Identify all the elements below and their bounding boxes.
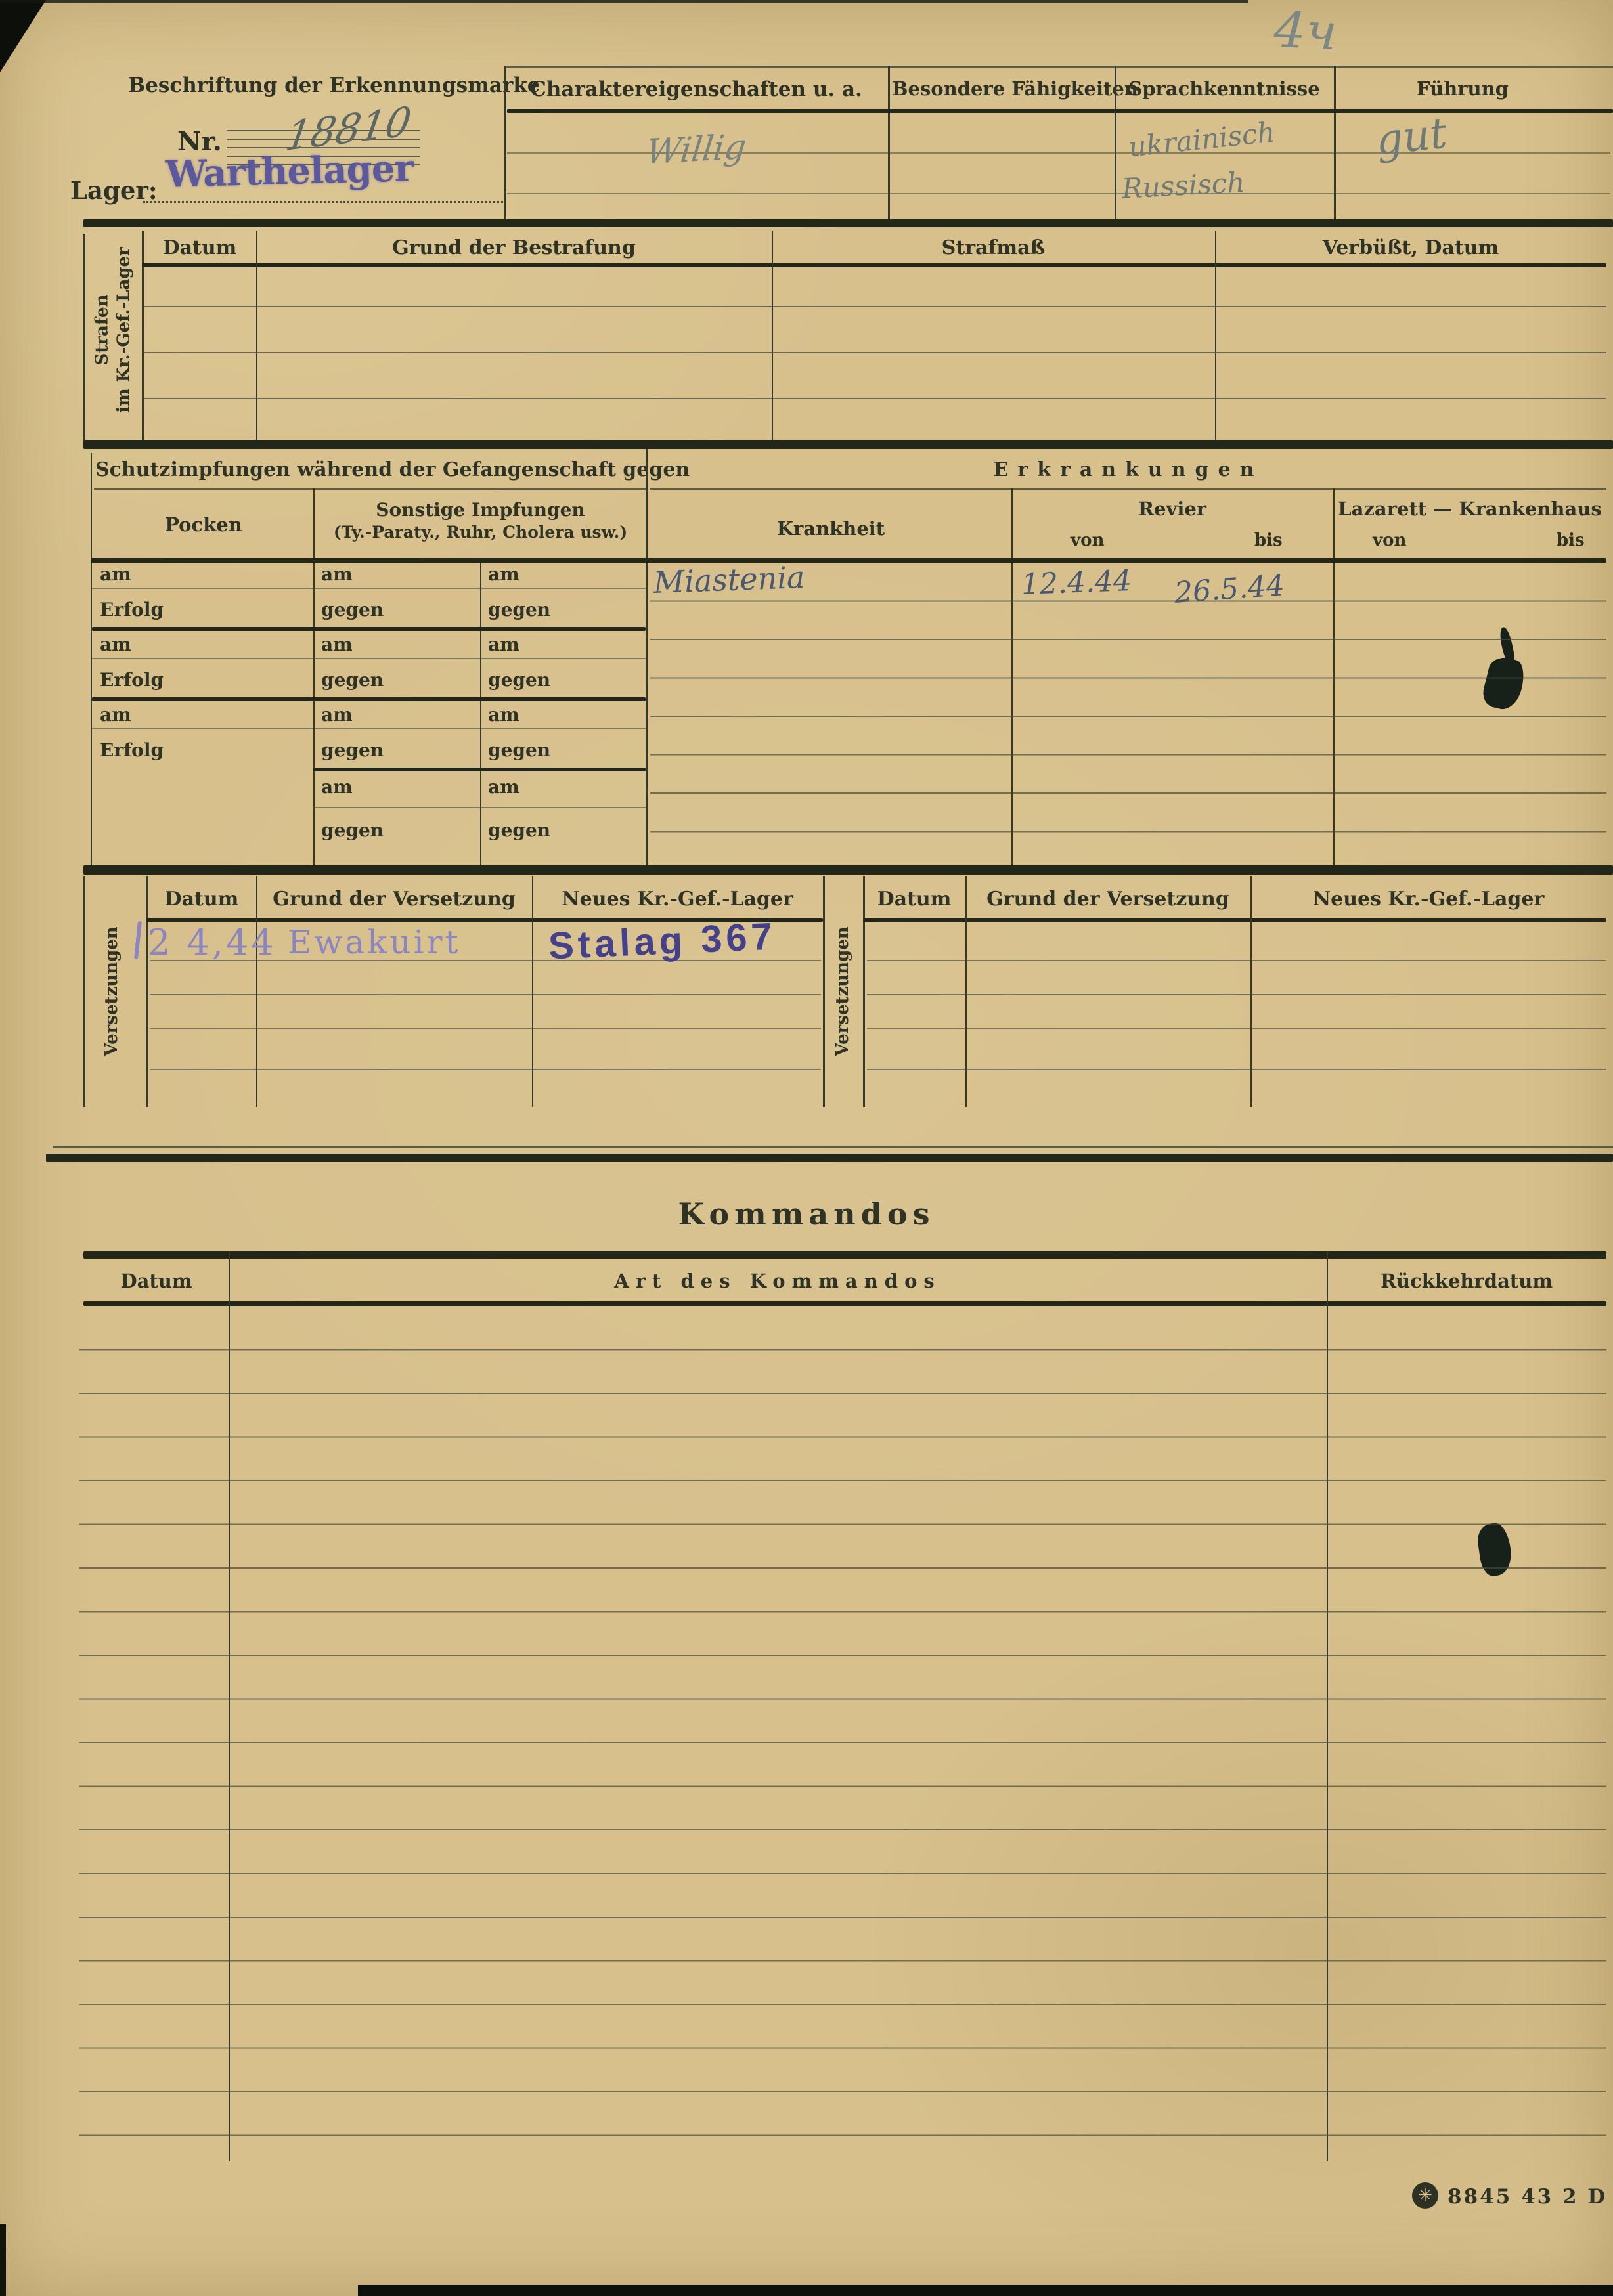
versetzungen-side-label-left: Versetzungen (102, 886, 122, 1096)
krankheit-entry-handwritten: Miastenia (653, 559, 805, 600)
erkrankungen-col-krankheit: Krankheit (650, 517, 1011, 540)
versetzungen-r-col-grund: Grund der Versetzung (965, 888, 1250, 911)
impfungen-left-line (91, 453, 92, 865)
sonstige2-am-label: am (488, 704, 519, 726)
sonstige2-gegen-label: gegen (488, 739, 550, 761)
impf-pair-bar (92, 697, 646, 701)
kommandos-col-art: Art des Kommandos (229, 1270, 1327, 1292)
versetzung-grund-handwritten: Ewakuirt (288, 923, 461, 961)
separator-thin-line (53, 1146, 1613, 1148)
versetzungen-l-rule (150, 994, 821, 995)
strafen-col-verbuesst: Verbüßt, Datum (1215, 236, 1606, 259)
sprachen-value2-handwritten: Russisch (1121, 166, 1246, 205)
kommandos-header-underline (83, 1301, 1606, 1306)
revier-von-label: von (1071, 531, 1104, 550)
kommandos-col-datum: Datum (87, 1270, 225, 1292)
lazarett-bis-label: bis (1557, 531, 1585, 550)
header-top-line (504, 66, 1613, 68)
pocken-erfolg-label: Erfolg (100, 739, 164, 761)
versetzungen-l-col-neues: Neues Kr.-Gef.-Lager (532, 888, 823, 911)
sonstige2-am-label: am (488, 776, 519, 798)
fuehrung-label: Führung (1338, 77, 1587, 100)
sprachen-label: Sprachkenntnisse (1118, 77, 1330, 100)
strafen-col-datum: Datum (146, 236, 254, 259)
versetzungen-tables-divider (823, 876, 825, 1107)
impf-rule-partial (313, 807, 646, 808)
strafen-side-label: Strafen im Kr.-Gef.-Lager (92, 225, 135, 435)
sonstige2-gegen-label: gegen (488, 669, 550, 691)
sonstige1-am-label: am (321, 563, 353, 585)
sprachen-value1-handwritten: ukrainisch (1127, 116, 1277, 163)
printer-emblem-glyph: ✳ (1418, 2186, 1432, 2205)
sonstige2-am-label: am (488, 634, 519, 655)
strafen-outer-left-line (83, 234, 85, 444)
kommandos-top-bar (83, 1251, 1606, 1259)
pocken-am-label: am (100, 704, 131, 726)
erkrankungen-col-lazarett: Lazarett — Krankenhaus (1333, 498, 1606, 520)
versetzungen-r-rule (867, 960, 1606, 961)
versetzungen-l-col-grund: Grund der Versetzung (256, 888, 532, 911)
separator-bar (46, 1154, 1613, 1162)
versetzungen-r-col-line (965, 876, 967, 1107)
pow-record-card-page: Beschriftung der Erkennungsmarke Nr. 188… (0, 0, 1613, 2296)
faehigkeiten-label: Besondere Fähigkeiten (892, 77, 1111, 100)
strafen-row-lines (144, 261, 1606, 401)
erkrankungen-title: Erkrankungen (650, 458, 1606, 481)
kommandos-row-lines (79, 1307, 1606, 2136)
versetzungen-r-rule (867, 1069, 1606, 1070)
versetzungen-side-label-right: Versetzungen (833, 886, 852, 1096)
revier-von-entry-handwritten: 12.4.44 (1021, 564, 1132, 601)
impf-pair-bar (92, 627, 646, 631)
versetzungen-l-rule (150, 1028, 821, 1029)
scan-top-edge (0, 0, 1248, 3)
header-divider (504, 66, 506, 222)
sonstige-split-divider (480, 563, 481, 865)
scan-left-edge (0, 2224, 6, 2296)
lazarett-von-label: von (1373, 531, 1406, 550)
versetzungen-r-col-line (1250, 876, 1252, 1107)
versetzungen-band-divider-left (146, 876, 148, 1107)
sonstige1-am-label: am (321, 776, 353, 798)
header-bottom-bar (83, 219, 1613, 227)
versetzungen-r-col-neues: Neues Kr.-Gef.-Lager (1250, 888, 1606, 911)
impfungen-title-underline (94, 488, 646, 490)
header-rule (507, 193, 1610, 194)
erkrankungen-col-revier: Revier (1011, 498, 1333, 520)
sonstige1-am-label: am (321, 634, 353, 655)
print-code: 8845 43 2 D (1447, 2185, 1607, 2209)
versetzungen-l-col-datum: Datum (149, 888, 254, 911)
impfungen-col-pocken: Pocken (94, 513, 313, 536)
impf-rule (92, 658, 646, 659)
versetzungen-r-rule (867, 1028, 1606, 1029)
charakter-label: Charaktereigenschaften u. a. (511, 77, 881, 101)
scan-corner-artifact (0, 0, 46, 72)
impfungen-col-sonstige-line2: (Ty.-Paraty., Ruhr, Cholera usw.) (315, 523, 646, 542)
pocken-erfolg-label: Erfolg (100, 599, 164, 620)
strafen-side-label-line1: Strafen (92, 225, 114, 435)
strafen-col-grund: Grund der Bestrafung (256, 236, 772, 259)
sonstige2-am-label: am (488, 563, 519, 585)
pocken-am-label: am (100, 563, 131, 585)
pocken-erfolg-label: Erfolg (100, 669, 164, 691)
versetzung-datum-handwritten: 2 4,44 (148, 922, 276, 963)
pocken-sonstige-divider (313, 488, 315, 865)
pencil-note: 4ч (1273, 0, 1338, 61)
versetzungen-band-divider-right (863, 876, 865, 1107)
impfungen-erkrankungen-divider (646, 449, 648, 867)
header-divider (888, 66, 890, 222)
impfungen-col-sonstige-line1: Sonstige Impfungen (315, 499, 646, 521)
sonstige1-gegen-label: gegen (321, 599, 384, 620)
pocken-am-label: am (100, 634, 131, 655)
sonstige2-gegen-label: gegen (488, 599, 550, 620)
charakter-value-handwritten: Willig (595, 125, 797, 175)
impf-pair-bar-partial (313, 768, 646, 771)
impfungen-bottom-bar (83, 865, 1613, 875)
fuehrung-value-handwritten: gut (1373, 110, 1449, 165)
revier-bis-label: bis (1254, 531, 1283, 550)
kommandos-title: Kommandos (675, 1196, 938, 1232)
erkrankungen-title-underline (650, 488, 1606, 490)
strafen-bottom-bar (83, 440, 1613, 449)
sonstige2-gegen-label: gegen (488, 819, 550, 841)
versetzungen-outer-left-line (83, 876, 85, 1107)
impf-rule (92, 588, 646, 589)
sonstige1-gegen-label: gegen (321, 669, 384, 691)
sonstige1-gegen-label: gegen (321, 819, 384, 841)
header-label-underline (507, 109, 1613, 113)
sonstige1-am-label: am (321, 704, 353, 726)
printer-emblem: ✳ (1412, 2182, 1438, 2209)
versetzungen-l-rule (150, 1069, 821, 1070)
lager-dotted-line (143, 176, 503, 203)
versetzungen-l-col-line (256, 876, 257, 1107)
impfungen-subheader-bar (91, 558, 1606, 563)
pencil-stroke (134, 921, 142, 959)
strafen-col-strafmass: Strafmaß (772, 236, 1215, 259)
kommandos-col-rueckkehr: Rückkehrdatum (1327, 1270, 1606, 1292)
sonstige1-gegen-label: gegen (321, 739, 384, 761)
versetzungen-r-rule (867, 994, 1606, 995)
versetzungen-l-col-line (532, 876, 533, 1107)
versetzungen-r-header-underline (863, 918, 1606, 922)
erkrankungen-row-lines (650, 563, 1606, 871)
impf-rule (92, 728, 646, 729)
impfungen-title: Schutzimpfungen während der Gefangenscha… (95, 458, 646, 481)
versetzungen-r-col-datum: Datum (866, 888, 963, 911)
erkennungsmarke-label: Beschriftung der Erkennungsmarke (128, 74, 463, 97)
strafen-side-label-line2: im Kr.-Gef.-Lager (113, 225, 135, 435)
scan-bottom-edge (358, 2285, 1613, 2296)
header-divider (1334, 66, 1336, 222)
